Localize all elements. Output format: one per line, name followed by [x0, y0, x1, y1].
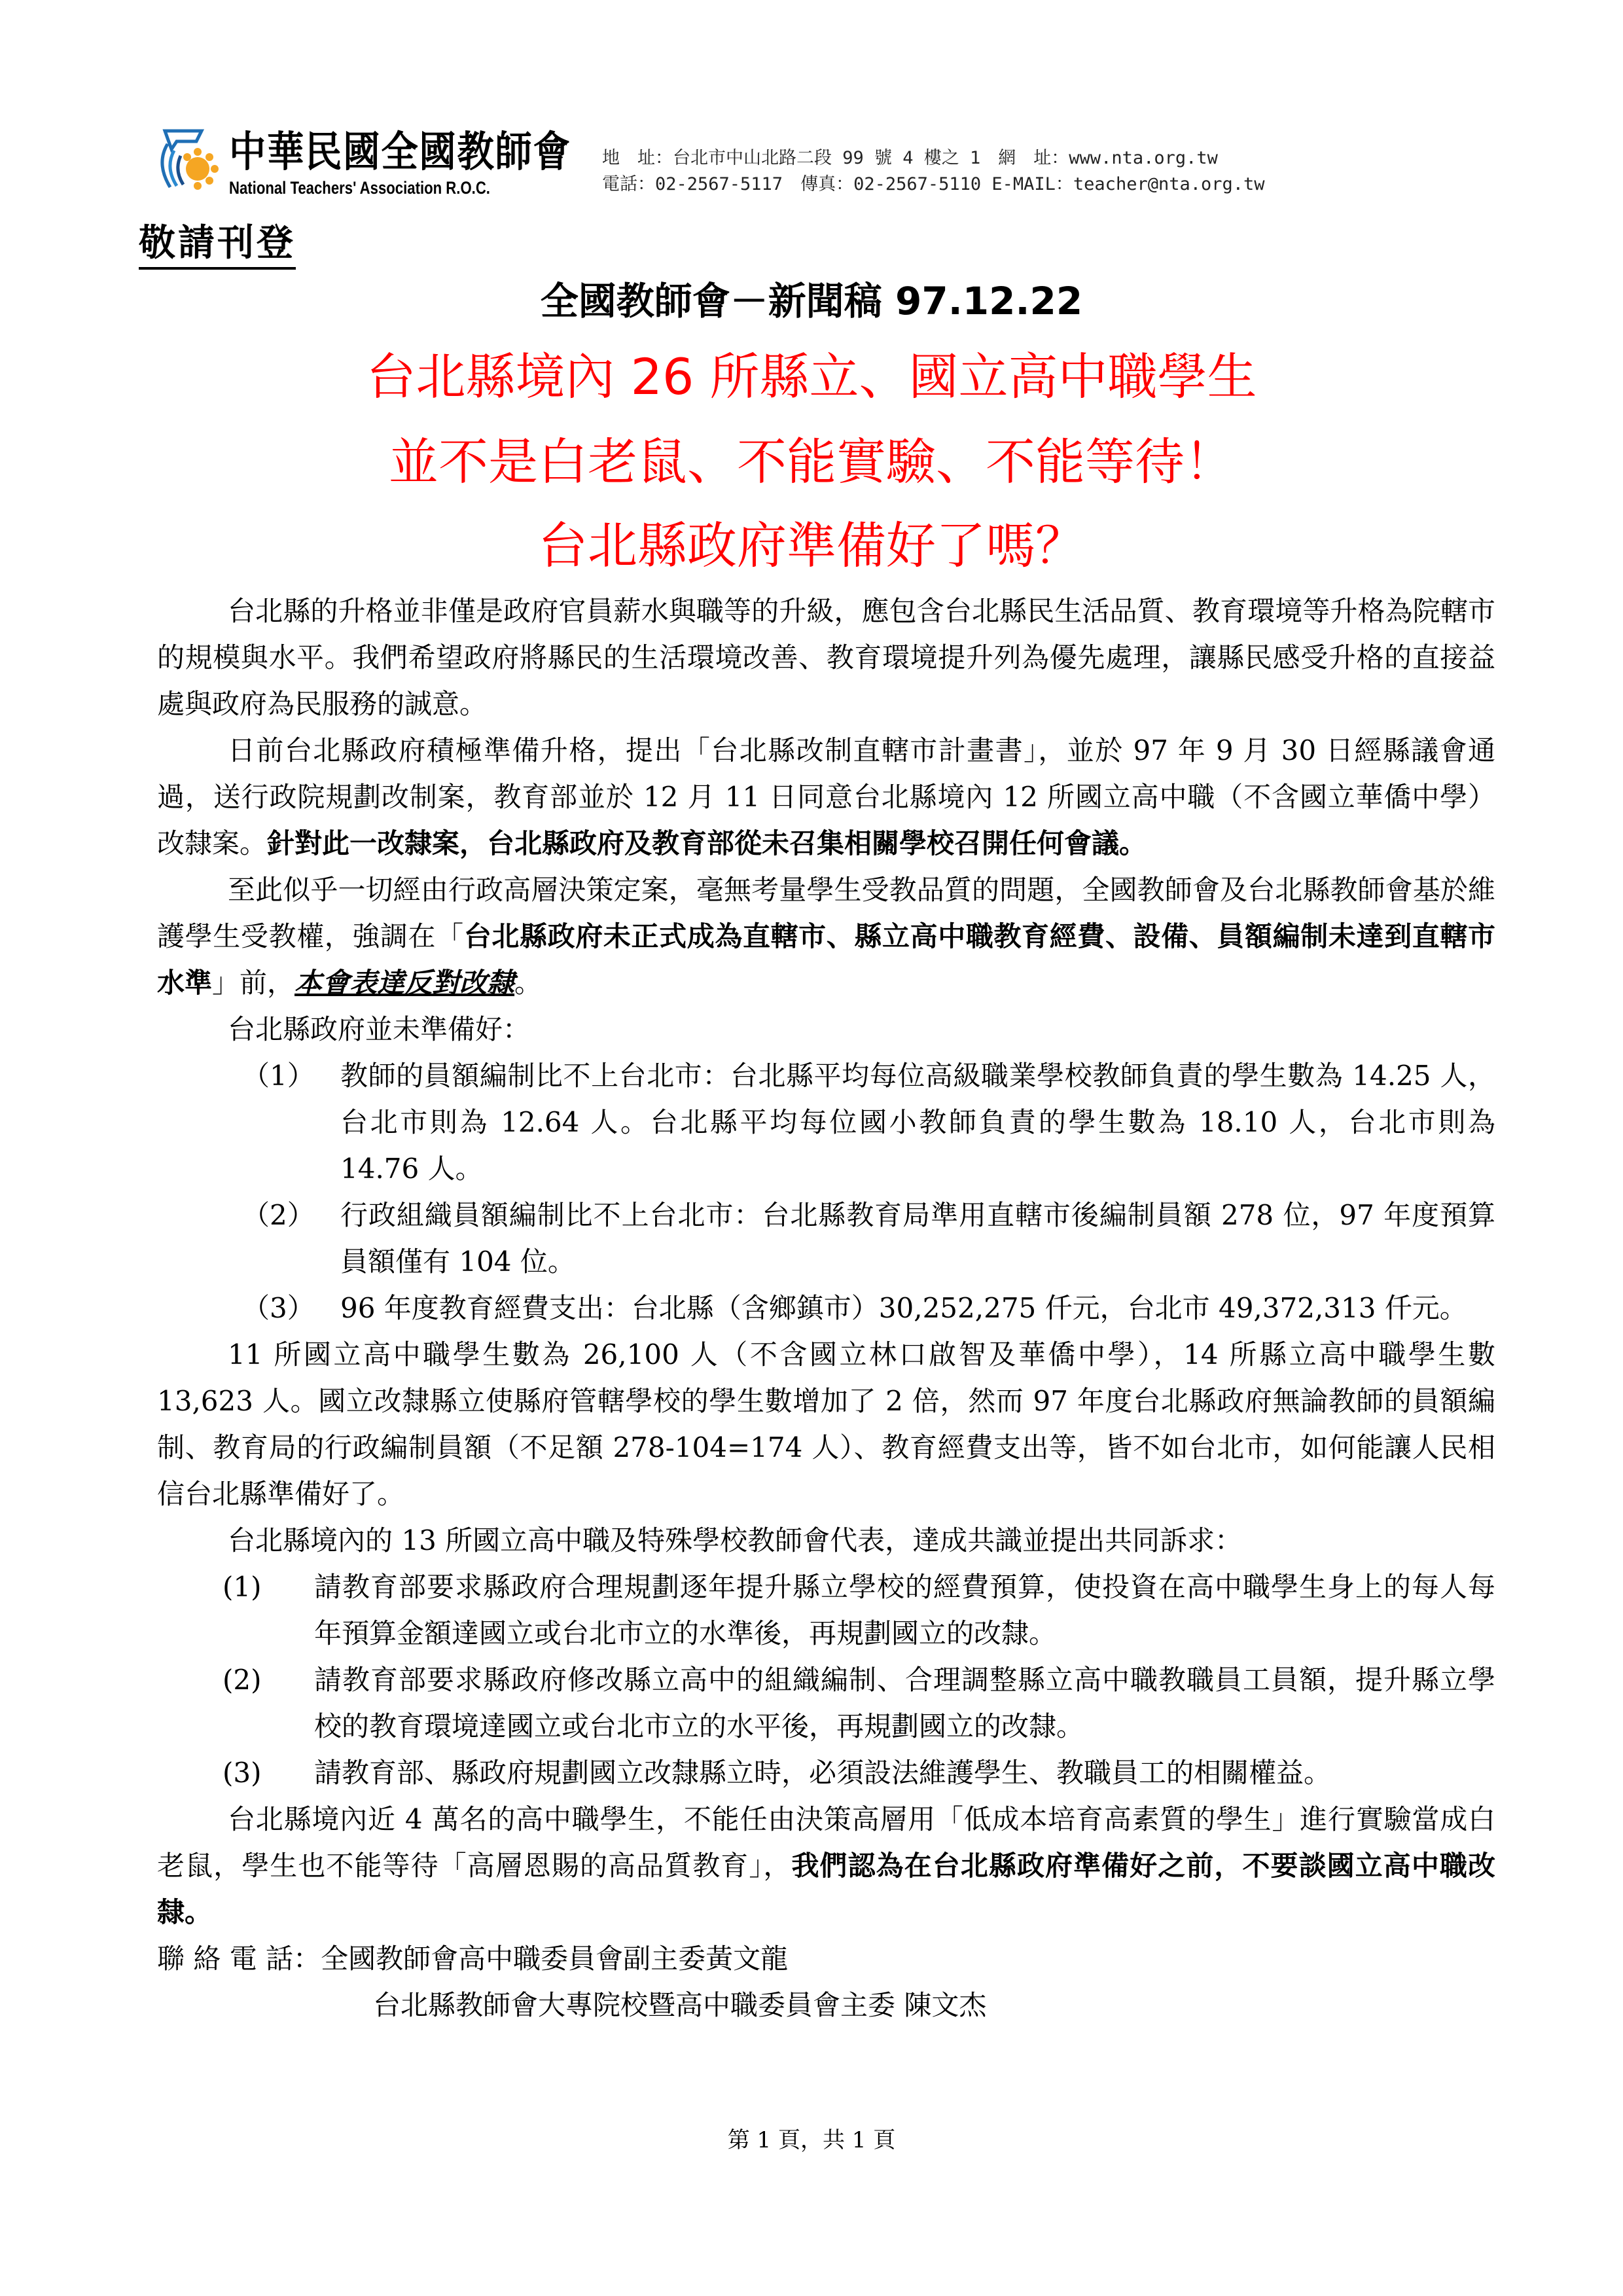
- page-indicator: 第 1 頁，共 1 頁: [0, 2127, 1623, 2153]
- headline-line-3: 台北縣政府準備好了嗎？: [0, 514, 1623, 577]
- list-text: 請教育部、縣政府規劃國立改隸縣立時，必須設法維護學生、教職員工的相關權益。: [314, 1757, 1331, 1789]
- paragraph-6: 台北縣境內的 13 所國立高中職及特殊學校教師會代表，達成共識並提出共同訴求：: [157, 1517, 1495, 1564]
- list-item: (2)請教育部要求縣政府修改縣立高中的組織編制、合理調整縣立高中職教職員工員額，…: [157, 1657, 1495, 1749]
- address-line: 地 址：台北市中山北路二段 99 號 4 樓之 1 網 址：www.nta.or…: [602, 145, 1265, 171]
- list-number: (2): [223, 1657, 262, 1703]
- list-item: （3）96 年度教育經費支出：台北縣（含鄉鎮市）30,252,275 仟元，台北…: [157, 1285, 1495, 1331]
- paragraph-4: 台北縣政府並未準備好：: [157, 1006, 1495, 1052]
- headline-line-2: 並不是白老鼠、不能實驗、不能等待！: [0, 431, 1623, 493]
- list-number: （1）: [242, 1052, 315, 1099]
- contact-label: 聯 絡 電 話：: [157, 1943, 321, 1975]
- opposition-statement: 本會表達反對改隸: [294, 967, 514, 999]
- contact-person-1: 全國教師會高中職委員會副主委黃文龍: [321, 1943, 788, 1975]
- release-title: 全國教師會－新聞稿 97.12.22: [0, 275, 1623, 327]
- list-item: (1)請教育部要求縣政府合理規劃逐年提升縣立學校的經費預算，使投資在高中職學生身…: [157, 1564, 1495, 1657]
- list-item: （1）教師的員額編制比不上台北市：台北縣平均每位高級職業學校教師負責的學生數為 …: [157, 1052, 1495, 1192]
- paragraph-3: 至此似乎一切經由行政高層決策定案，毫無考量學生受教品質的問題，全國教師會及台北縣…: [157, 867, 1495, 1006]
- list-text: 行政組織員額編制比不上台北市：台北縣教育局準用直轄市後編制員額 278 位，97…: [340, 1199, 1495, 1278]
- press-release-body: 台北縣的升格並非僅是政府官員薪水與職等的升級，應包含台北縣民生活品質、教育環境等…: [157, 588, 1495, 2028]
- list-item: (3)請教育部、縣政府規劃國立改隸縣立時，必須設法維護學生、教職員工的相關權益。: [157, 1749, 1495, 1796]
- org-name-english: National Teachers' Association R.O.C.: [229, 178, 490, 198]
- paragraph-3-end: 。: [514, 967, 542, 999]
- paragraph-1: 台北縣的升格並非僅是政府官員薪水與職等的升級，應包含台北縣民生活品質、教育環境等…: [157, 588, 1495, 727]
- phone-line: 電話：02-2567-5117 傳真：02-2567-5110 E-MAIL：t…: [602, 171, 1265, 198]
- list-text: 請教育部要求縣政府修改縣立高中的組織編制、合理調整縣立高中職教職員工員額，提升縣…: [314, 1664, 1495, 1742]
- paragraph-7: 台北縣境內近 4 萬名的高中職學生，不能任由決策高層用「低成本培育高素質的學生」…: [157, 1796, 1495, 1935]
- list-number: (3): [223, 1749, 262, 1796]
- list-number: (1): [223, 1564, 262, 1610]
- org-name-chinese: 中華民國全國教師會: [229, 130, 571, 175]
- list-text: 請教育部要求縣政府合理規劃逐年提升縣立學校的經費預算，使投資在高中職學生身上的每…: [314, 1571, 1495, 1649]
- letterhead: 中華民國全國教師會 National Teachers' Association…: [151, 124, 1486, 203]
- paragraph-3-text-2: 」前，: [212, 967, 294, 999]
- paragraph-2-emphasis: 針對此一改隸案，台北縣政府及教育部從未召集相關學校召開任何會議。: [267, 827, 1147, 859]
- contact-info: 地 址：台北市中山北路二段 99 號 4 樓之 1 網 址：www.nta.or…: [602, 145, 1265, 198]
- list-text: 教師的員額編制比不上台北市：台北縣平均每位高級職業學校教師負責的學生數為 14.…: [340, 1060, 1495, 1185]
- nta-sun-logo-icon: [151, 124, 223, 196]
- contact-line-1: 聯 絡 電 話：全國教師會高中職委員會副主委黃文龍: [157, 1935, 1495, 1982]
- contact-person-2: 台北縣教師會大專院校暨高中職委員會主委 陳文杰: [157, 1982, 1495, 2028]
- press-request-label: 敬請刊登: [139, 223, 296, 270]
- issues-list: （1）教師的員額編制比不上台北市：台北縣平均每位高級職業學校教師負責的學生數為 …: [157, 1052, 1495, 1331]
- list-number: （2）: [242, 1192, 315, 1238]
- demands-list: (1)請教育部要求縣政府合理規劃逐年提升縣立學校的經費預算，使投資在高中職學生身…: [157, 1564, 1495, 1796]
- list-text: 96 年度教育經費支出：台北縣（含鄉鎮市）30,252,275 仟元，台北市 4…: [340, 1292, 1467, 1324]
- paragraph-2: 日前台北縣政府積極準備升格，提出「台北縣改制直轄市計畫書」，並於 97 年 9 …: [157, 727, 1495, 867]
- document-page: 中華民國全國教師會 National Teachers' Association…: [0, 0, 1623, 2296]
- headline-line-1: 台北縣境內 26 所縣立、國立高中職學生: [0, 346, 1623, 408]
- list-item: （2）行政組織員額編制比不上台北市：台北縣教育局準用直轄市後編制員額 278 位…: [157, 1192, 1495, 1285]
- list-number: （3）: [242, 1285, 315, 1331]
- paragraph-5: 11 所國立高中職學生數為 26,100 人（不含國立林口啟智及華僑中學），14…: [157, 1331, 1495, 1517]
